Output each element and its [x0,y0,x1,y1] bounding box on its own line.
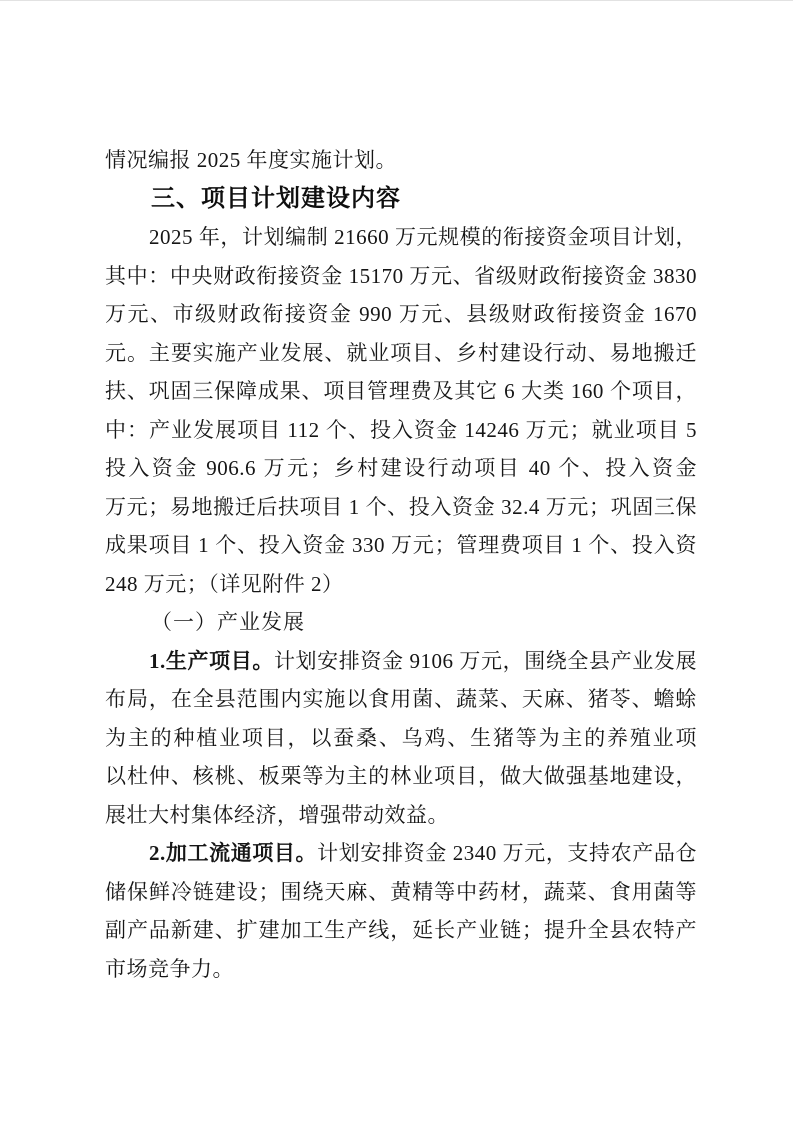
text-line: 投入资金 906.6 万元；乡村建设行动项目 40 个、投入资金 5897 [105,449,697,488]
text-run: 计划安排资金 2340 万元，支持农产品仓 [317,841,697,865]
text-line: 1.生产项目。计划安排资金 9106 万元，围绕全县产业发展 [105,642,697,681]
paragraph-production-projects: 1.生产项目。计划安排资金 9106 万元，围绕全县产业发展 布局，在全县范围内… [105,642,697,835]
text-line: 248 万元；（详见附件 2） [105,565,697,604]
paragraph-continuation: 情况编报 2025 年度实施计划。 [105,141,697,180]
bold-lead: 1.生产项目。 [149,649,274,673]
bold-lead: 2.加工流通项目。 [149,841,317,865]
paragraph-overview: 2025 年，计划编制 21660 万元规模的衔接资金项目计划， 其中：中央财政… [105,218,697,603]
text-line: 副产品新建、扩建加工生产线，延长产业链；提升全县农特产品 [105,911,697,950]
text-line: 2.加工流通项目。计划安排资金 2340 万元，支持农产品仓 [105,834,697,873]
text-line: 布局，在全县范围内实施以食用菌、蔬菜、天麻、猪苓、蟾蜍等 [105,680,697,719]
paragraph-processing-projects: 2.加工流通项目。计划安排资金 2340 万元，支持农产品仓 储保鲜冷链建设；围… [105,834,697,988]
text-line: 其中：中央财政衔接资金 15170 万元、省级财政衔接资金 3830 [105,257,697,296]
text-line: 扶、巩固三保障成果、项目管理费及其它 6 大类 160 个项目，其 [105,372,697,411]
text-line: 以杜仲、核桃、板栗等为主的林业项目，做大做强基地建设，发 [105,757,697,796]
text-line: 中：产业发展项目 112 个、投入资金 14246 万元；就业项目 5 个、 [105,411,697,450]
text-line: 元。主要实施产业发展、就业项目、乡村建设行动、易地搬迁后 [105,334,697,373]
text-line: 2025 年，计划编制 21660 万元规模的衔接资金项目计划， [105,218,697,257]
subsection-heading: （一）产业发展 [105,603,697,642]
text-line: 万元、市级财政衔接资金 990 万元、县级财政衔接资金 1670 万 [105,295,697,334]
text-line: 储保鲜冷链建设；围绕天麻、黄精等中药材，蔬菜、食用菌等农 [105,873,697,912]
text-line: 情况编报 2025 年度实施计划。 [105,141,697,180]
section: 三、项目计划建设内容 [105,180,697,219]
document-page: 情况编报 2025 年度实施计划。 三、项目计划建设内容 2025 年，计划编制… [0,0,793,1122]
subsection: （一）产业发展 [105,603,697,642]
text-line: 为主的种植业项目，以蚕桑、乌鸡、生猪等为主的养殖业项目， [105,719,697,758]
text-line: 展壮大村集体经济，增强带动效益。 [105,796,697,835]
text-line: 万元；易地搬迁后扶项目 1 个、投入资金 32.4 万元；巩固三保障 [105,488,697,527]
text-line: 市场竞争力。 [105,950,697,989]
text-line: 成果项目 1 个、投入资金 330 万元；管理费项目 1 个、投入资金 [105,526,697,565]
text-run: 计划安排资金 9106 万元，围绕全县产业发展 [274,649,697,673]
section-heading: 三、项目计划建设内容 [105,180,697,219]
